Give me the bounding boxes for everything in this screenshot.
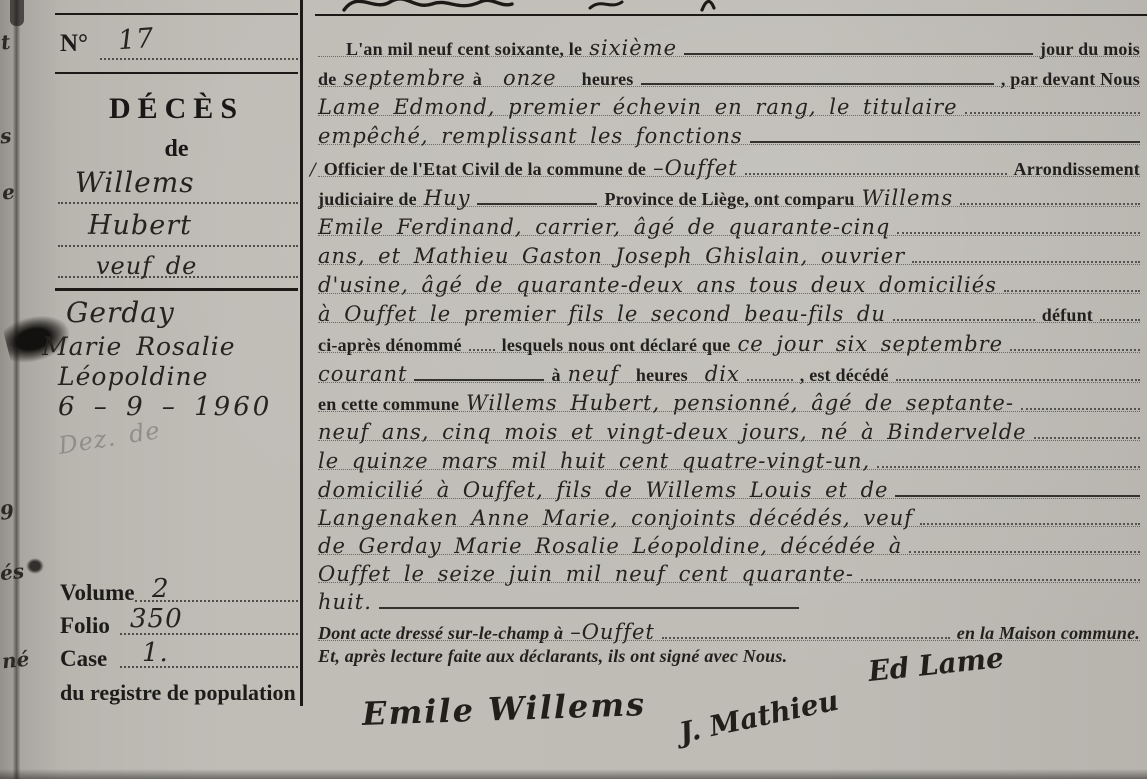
deceased-surname: Willems	[75, 166, 195, 199]
printed-text: heures	[582, 69, 634, 90]
form-line-lecture: Et, après lecture faite aux déclarants, …	[318, 646, 1140, 667]
ruled-line-fill	[414, 379, 544, 381]
handwritten-entry: le quinze mars mil huit cent quatre-ving…	[318, 449, 870, 473]
printed-text: de	[318, 69, 336, 90]
ruled-line-fill	[920, 523, 1140, 525]
handwritten-entry: onze	[503, 66, 557, 90]
handwritten-entry: Lame Edmond, premier échevin en rang, le…	[318, 95, 958, 119]
printed-text: , par devant Nous	[1001, 69, 1140, 90]
ruled-line-fill	[477, 203, 597, 205]
printed-text: Et, après lecture faite aux déclarants, …	[318, 646, 787, 667]
printed-text: , est décédé	[800, 365, 889, 386]
handwritten-entry: Willems	[862, 186, 953, 210]
handwritten-entry: ce jour six septembre	[738, 332, 1004, 356]
ruled-line-fill	[745, 173, 1007, 175]
printed-text: ci-après dénommé	[318, 335, 462, 356]
entry-spouse-death-end: huit.	[318, 590, 1140, 614]
deces-title: DÉCÈS	[55, 92, 298, 126]
form-line-death-time: courant à neuf heures dix , est décédé	[318, 362, 1140, 386]
handwritten-entry: à Ouffet le premier fils le second beau-…	[318, 302, 886, 326]
act-number-label: N°	[60, 30, 88, 58]
handwritten-entry: huit.	[318, 590, 372, 614]
page-fold-line	[13, 0, 20, 779]
handwritten-entry: dix	[705, 362, 740, 386]
entry-birthdate: le quinze mars mil huit cent quatre-ving…	[318, 449, 1140, 473]
printed-text: en cette commune	[318, 394, 459, 415]
entry-declarants-relation: à Ouffet le premier fils le second beau-…	[318, 302, 1140, 326]
declarant-signature-2: J. Mathieu	[676, 684, 841, 750]
act-number-value: 17	[117, 23, 155, 56]
margin-top-rule	[55, 13, 298, 15]
handwritten-entry: Ouffet le seize juin mil neuf cent quara…	[318, 562, 854, 586]
ruled-line-fill	[912, 261, 1140, 263]
printed-text: Province de Liège, ont comparu	[604, 189, 854, 210]
death-date: 6 – 9 – 1960	[58, 392, 272, 422]
case-label: Case	[60, 646, 107, 672]
ruled-line-fill	[1021, 408, 1140, 410]
stray-pen-mark: ∕	[310, 160, 317, 180]
deces-de-label: de	[55, 136, 298, 163]
entry-mother-name: Langenaken Anne Marie, conjoints décédés…	[318, 506, 1140, 530]
volume-label: Volume	[60, 580, 135, 606]
entry-officer-function: empêché, remplissant les fonctions	[318, 124, 1140, 148]
entry-spouse-name: de Gerday Marie Rosalie Léopoldine, décé…	[318, 534, 1140, 558]
ruled-line-fill	[909, 551, 1140, 553]
printed-text: Officier de l'Etat Civil de la commune d…	[324, 159, 646, 180]
handwritten-entry: neuf	[568, 362, 619, 386]
entry-declarants-ages: d'usine, âgé de quarante-deux ans tous d…	[318, 273, 1140, 297]
ruled-line-fill	[1034, 437, 1140, 439]
page-edge-ink-fragment: t	[0, 30, 11, 55]
ruled-line-fill	[1010, 349, 1140, 351]
margin-dotted-line	[58, 202, 298, 204]
page-edge-ink-fragment: s	[0, 123, 12, 148]
printed-text: heures	[636, 365, 688, 386]
ruled-line-fill	[662, 637, 950, 639]
form-line-acte-dresse: Dont acte dressé sur-le-champ à –Ouffet …	[318, 620, 1140, 644]
ruled-line-fill	[1004, 290, 1140, 292]
ruled-line-fill	[1100, 319, 1140, 321]
ruled-line-fill	[896, 379, 1140, 381]
case-value: 1.	[142, 638, 169, 668]
column-separator-rule	[300, 0, 303, 706]
handwritten-entry: Langenaken Anne Marie, conjoints décédés…	[318, 506, 913, 530]
body-top-rule	[315, 14, 1147, 16]
printed-text: Arrondissement	[1014, 159, 1140, 180]
entry-spouse-death: Ouffet le seize juin mil neuf cent quara…	[318, 562, 1140, 586]
deceased-firstname: Hubert	[88, 210, 192, 241]
printed-text: à	[551, 365, 560, 386]
handwritten-entry: Huy	[424, 186, 471, 210]
handwritten-entry: empêché, remplissant les fonctions	[318, 124, 743, 148]
spouse-firstnames: Marie Rosalie	[42, 332, 236, 361]
ruled-line-fill	[965, 112, 1140, 114]
volume-value: 2	[152, 574, 170, 604]
ruled-line-fill	[960, 203, 1140, 205]
entry-declarant-2: ans, et Mathieu Gaston Joseph Ghislain, …	[318, 244, 1140, 268]
form-line-month-hour: de septembre à onze heures , par devant …	[318, 66, 1140, 90]
death-register-page: t s e 9 és né N° 17 DÉCÈS de Willems Hub…	[0, 0, 1147, 779]
printed-text: à	[473, 69, 482, 90]
folio-value: 350	[130, 604, 183, 634]
handwritten-entry: Emile Ferdinand, carrier, âgé de quarant…	[318, 215, 890, 239]
handwritten-entry: –Ouffet	[653, 156, 738, 180]
ink-speck	[26, 558, 44, 574]
ruled-line-fill	[747, 379, 793, 381]
spouse-surname: Gerday	[66, 296, 175, 329]
ruled-line-fill	[641, 83, 994, 85]
ruled-line-fill	[897, 232, 1140, 234]
handwritten-entry: neuf ans, cinq mois et vingt-deux jours,…	[318, 420, 1027, 444]
printed-text: judiciaire de	[318, 189, 417, 210]
declarant-signature-1: Emile Willems	[361, 685, 646, 733]
handwritten-entry: courant	[318, 362, 407, 386]
entry-deceased-name: en cette commune Willems Hubert, pension…	[318, 391, 1140, 415]
form-line-declaration: ci-après dénommé lesquels nous ont décla…	[318, 332, 1140, 356]
form-line-arrondissement: judiciaire de Huy Province de Liège, ont…	[318, 186, 1140, 210]
ruled-line-fill	[750, 141, 1140, 143]
cutoff-header-handwriting	[340, 0, 760, 14]
handwritten-entry: d'usine, âgé de quarante-deux ans tous d…	[318, 273, 997, 297]
printed-text: jour du mois	[1040, 39, 1140, 60]
handwritten-entry: ans, et Mathieu Gaston Joseph Ghislain, …	[318, 244, 905, 268]
entry-domicile-parents: domicilié à Ouffet, fils de Willems Loui…	[318, 478, 1140, 502]
widower-note: veuf de	[96, 252, 197, 280]
handwritten-entry: Willems Hubert, pensionné, âgé de septan…	[466, 391, 1014, 415]
spouse-firstname-2: Léopoldine	[58, 362, 208, 391]
page-binding-edge: t s e 9 és né	[0, 0, 55, 779]
page-bottom-shadow	[0, 769, 1147, 779]
form-line-commune: ∕ Officier de l'Etat Civil de la commune…	[318, 156, 1140, 180]
printed-text: Dont acte dressé sur-le-champ à	[318, 623, 563, 644]
margin-number-rule	[55, 72, 298, 74]
folio-label: Folio	[60, 613, 110, 639]
printed-text: lesquels nous ont déclaré que	[502, 335, 731, 356]
ruled-line-fill	[893, 319, 1035, 321]
printed-text: L'an mil neuf cent soixante, le	[346, 39, 582, 60]
page-fold-shadow	[10, 0, 24, 26]
entry-deceased-age-birthplace: neuf ans, cinq mois et vingt-deux jours,…	[318, 420, 1140, 444]
margin-dotted-line	[58, 245, 298, 247]
ruled-line-fill	[379, 607, 799, 609]
margin-double-rule	[55, 288, 298, 291]
handwritten-entry: de Gerday Marie Rosalie Léopoldine, décé…	[318, 534, 902, 558]
margin-dotted-line	[100, 58, 298, 60]
printed-text: en la Maison commune.	[957, 623, 1140, 644]
handwritten-entry: –Ouffet	[570, 620, 655, 644]
ruled-line-fill	[861, 579, 1140, 581]
ruled-line-fill	[469, 349, 495, 351]
handwritten-entry: septembre	[343, 66, 465, 90]
form-line-year: L'an mil neuf cent soixante, le sixième …	[318, 36, 1140, 60]
handwritten-entry: sixième	[589, 36, 677, 60]
handwritten-entry: domicilié à Ouffet, fils de Willems Loui…	[318, 478, 888, 502]
register-note: du registre de population	[60, 680, 296, 706]
printed-text: défunt	[1042, 305, 1093, 326]
ruled-line-fill	[895, 495, 1140, 497]
ruled-line-fill	[877, 466, 1140, 468]
pencil-annotation: Dez. de	[56, 416, 162, 460]
ruled-line-fill	[684, 53, 1033, 55]
entry-declarant-1: Emile Ferdinand, carrier, âgé de quarant…	[318, 215, 1140, 239]
entry-officer-name: Lame Edmond, premier échevin en rang, le…	[318, 95, 1140, 119]
